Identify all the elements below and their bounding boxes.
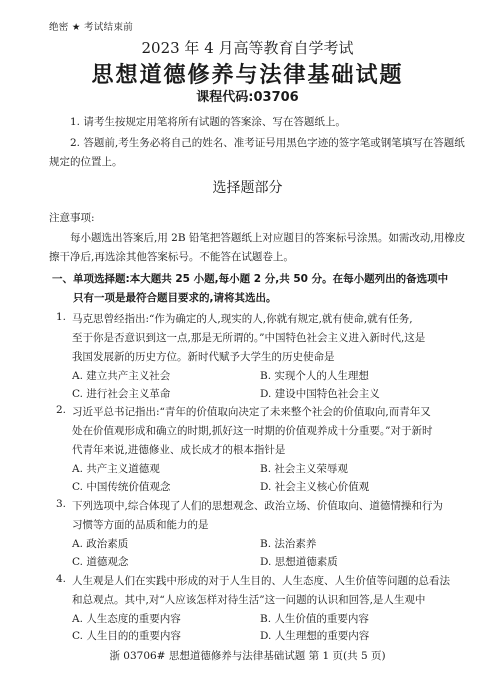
option-b: B. 人生价值的重要内容 <box>260 611 369 626</box>
option-a: A. 共产主义道德观 <box>72 461 160 476</box>
question-text-line: 处在价值观形成和确立的时期,抓好这一时期的价值观养成十分重要。”对于新时 <box>72 423 432 438</box>
option-a: A. 建立共产主义社会 <box>72 368 170 383</box>
option-d: D. 思想道德素质 <box>260 554 338 569</box>
question-number: 1. <box>56 311 66 323</box>
question-text-line: 下列选项中,综合体现了人们的思想观念、政治立场、价值取向、道德情操和行为 <box>72 498 443 513</box>
option-d: D. 建设中国特色社会主义 <box>260 386 380 401</box>
subject-title: 思想道德修养与法律基础试题 <box>0 58 495 89</box>
question-number: 4. <box>56 573 66 585</box>
option-b: B. 实现个人的人生理想 <box>260 368 369 383</box>
option-d: D. 人生理想的重要内容 <box>260 628 369 643</box>
exam-title: 2023 年 4 月高等教育自学考试 <box>0 37 495 58</box>
part-one-heading-cont: 只有一项是最符合题目要求的,请将其选出。 <box>73 290 277 305</box>
option-a: A. 人生态度的重要内容 <box>72 611 181 626</box>
course-code: 课程代码:03706 <box>0 86 495 105</box>
question-text-line: 习惯等方面的品质和能力的是 <box>72 517 209 532</box>
instruction-2-cont: 规定的位置上。 <box>49 154 123 169</box>
instruction-1: 1. 请考生按规定用笔将所有试题的答案涂、写在答题纸上。 <box>70 114 346 129</box>
notes-line-1: 每小题选出答案后,用 2B 铅笔把答题纸上对应题目的答案标号涂黑。如需改动,用橡… <box>70 230 465 245</box>
option-c: C. 中国传统价值观念 <box>72 479 170 494</box>
question-text-line: 马克思曾经指出:“作为确定的人,现实的人,你就有规定,就有使命,就有任务, <box>72 311 413 326</box>
option-c: C. 进行社会主义革命 <box>72 386 170 401</box>
option-c: C. 道德观念 <box>72 554 128 569</box>
option-b: B. 法治素养 <box>260 536 316 551</box>
notes-label: 注意事项: <box>49 210 95 225</box>
notes-line-2: 擦干净后,再选涂其他答案标号。不能答在试题卷上。 <box>49 249 294 264</box>
question-number: 3. <box>56 498 66 510</box>
question-text-line: 人生观是人们在实践中形成的对于人生目的、人生态度、人生价值等问题的总看法 <box>72 573 450 588</box>
option-d: D. 社会主义核心价值观 <box>260 479 369 494</box>
option-c: C. 人生目的的重要内容 <box>72 628 181 643</box>
question-text-line: 代青年来说,进德修业、成长成才的根本指针是 <box>72 442 285 457</box>
page-footer: 浙 03706# 思想道德修养与法律基础试题 第 1 页(共 5 页) <box>0 648 495 663</box>
question-number: 2. <box>56 404 66 416</box>
instruction-2: 2. 答题前,考生务必将自己的姓名、准考证号用黑色字迹的签字笔或钢笔填写在答题纸 <box>70 135 465 150</box>
option-a: A. 政治素质 <box>72 536 128 551</box>
option-b: B. 社会主义荣辱观 <box>260 461 348 476</box>
question-text-line: 我国发展新的历史方位。新时代赋予大学生的历史使命是 <box>72 349 335 364</box>
question-text-line: 习近平总书记指出:“青年的价值取向决定了未来整个社会的价值取向,而青年又 <box>72 404 431 419</box>
part-one-heading: 一、单项选择题:本大题共 25 小题,每小题 2 分,共 50 分。在每小题列出… <box>52 271 448 286</box>
question-text-line: 至于你是否意识到这一点,那是无所谓的。”中国特色社会主义进入新时代,这是 <box>72 330 425 345</box>
question-text-line: 和总观点。其中,对“人应该怎样对待生活”这一问题的认识和回答,是人生观中 <box>72 592 425 607</box>
confidential-label: 绝密 ★ 考试结束前 <box>49 19 133 33</box>
section-title: 选择题部分 <box>0 177 495 197</box>
